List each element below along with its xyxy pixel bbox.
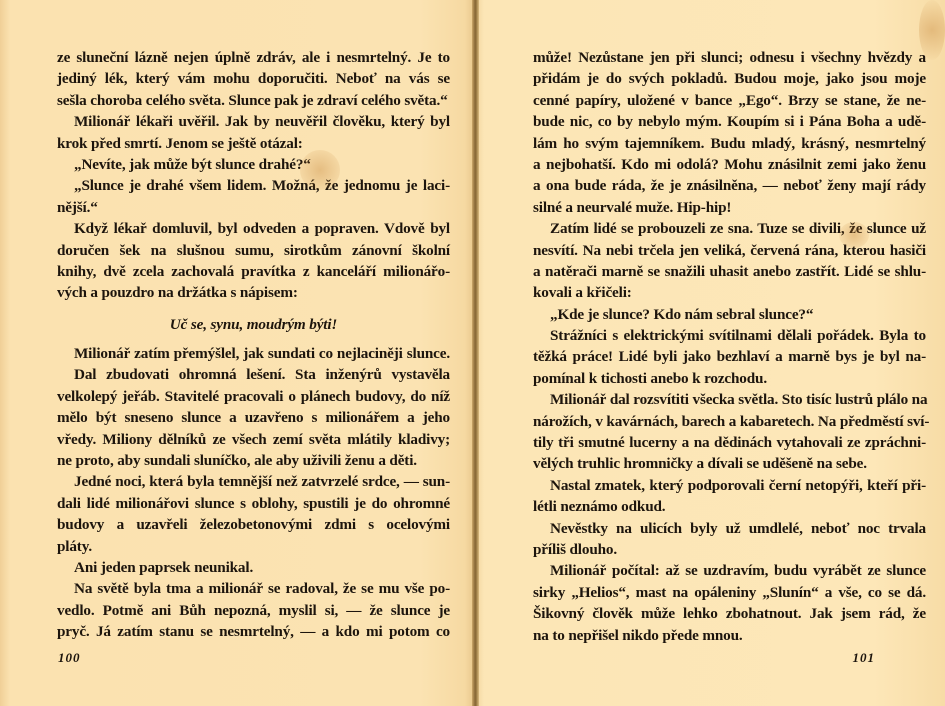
text-line: kovali a křičeli: [533,282,926,303]
text-line: Milionář zatím přemýšlel, jak sundati co… [57,343,450,364]
text-line: a natěrači marně se snažili uhasit anebo… [533,261,926,282]
text-line: tily tři smutné lucerny a na dědinách vy… [533,432,926,453]
text-line: pláty. [57,536,450,557]
text-line: ze sluneční lázně nejen úplně zdráv, ale… [57,47,450,68]
text-line: Ani jeden paprsek neunikal. [57,557,450,578]
text-line: mělo být sneseno slunce a uzavřeno s mil… [57,407,450,428]
text-line: budovy a uzavřeli železobetonovými zdmi … [57,514,450,535]
text-line: a ona bude ráda, že je znásilněna, — neb… [533,175,926,196]
text-line: cenné papíry, uložené v bance „Ego“. Brz… [533,90,926,111]
text-line: a nejbohatší. Kdo mi odolá? Mohu znásiln… [533,154,926,175]
book-spine-gutter [472,0,479,706]
book-spread: ze sluneční lázně nejen úplně zdráv, ale… [0,0,945,706]
text-line: Strážníci s elektrickými svítilnami děla… [533,325,926,346]
text-line: Zatím lidé se probouzeli ze sna. Tuze se… [533,218,926,239]
text-line: Jedné noci, která byla temnější než zatv… [57,471,450,492]
text-line: ne proto, aby sundali sluníčko, ale aby … [57,450,450,471]
text-line: vělých truhlic hromničky a dívali se udě… [533,453,926,474]
text-line: lám ho svým tajemníkem. Budu mladý, krás… [533,133,926,154]
text-line: na to nepřišel nikdo přede mnou. [533,625,926,646]
text-line: Nastal zmatek, který podporovali černí n… [533,475,926,496]
text-line: bude nic, co by nebylo mým. Koupím si i … [533,111,926,132]
left-page: ze sluneční lázně nejen úplně zdráv, ale… [0,0,474,706]
text-line: silné a neurvalé muže. Hip-hip! [533,197,926,218]
text-line: Milionář počítal: až se uzdravím, budu v… [533,560,926,581]
text-line: vých a pouzdro na držátka s nápisem: [57,282,450,303]
text-line: může! Nezůstane jen při slunci; odnesu i… [533,47,926,68]
text-line: nější.“ [57,197,450,218]
left-page-text: ze sluneční lázně nejen úplně zdráv, ale… [57,47,450,643]
text-line: doručen šek na slušnou sumu, sirotkům zá… [57,240,450,261]
right-page: může! Nezůstane jen při slunci; odnesu i… [474,0,945,706]
text-line: krok před smrtí. Jenom se ještě otázal: [57,133,450,154]
text-line: „Slunce je drahé všem lidem. Možná, že j… [57,175,450,196]
text-line: pryč. Já zatím stanu se nesmrtelný, — a … [57,621,450,642]
text-line: nesvítí. Na nebi trčela jen veliká, červ… [533,240,926,261]
text-line: sirky „Helios“, mast na opáleniny „Sluní… [533,582,926,603]
text-line: dali lidé milionářovi slunce s oblohy, s… [57,493,450,514]
text-line: „Kde je slunce? Kdo nám sebral slunce?“ [533,304,926,325]
text-line: příliš dlouho. [533,539,926,560]
text-line: Dal zbudovati ohromná lešení. Sta inžený… [57,364,450,385]
text-line: přidám je do svých pokladů. Budou moje, … [533,68,926,89]
text-line: sešla choroba celého světa. Slunce pak j… [57,90,450,111]
right-page-text: může! Nezůstane jen při slunci; odnesu i… [533,47,926,646]
text-line: pomínal k tichosti anebo k rozchodu. [533,368,926,389]
text-line: vředy. Miliony dělníků ze všech zemí svě… [57,429,450,450]
text-line: jediný lék, který vám mohu doporučiti. N… [57,68,450,89]
text-line: Nevěstky na ulicích byly už umdlelé, neb… [533,518,926,539]
text-line: těžká práce! Lidé byli jako bezhlaví a m… [533,346,926,367]
text-line: Na světě byla tma a milionář se radoval,… [57,578,450,599]
text-line: velkolepý jeřáb. Stavitelé pracovali o p… [57,386,450,407]
text-line: nárožích, v kavárnách, barech a kabarete… [533,411,926,432]
text-line: Milionář dal rozsvítiti všecka světla. S… [533,389,926,410]
text-line: Když lékař domluvil, byl odveden a popra… [57,218,450,239]
epigraph-line: Uč se, synu, moudrým býti! [57,314,450,335]
page-number-left: 100 [58,650,81,666]
text-line: „Nevíte, jak může být slunce drahé?“ [57,154,450,175]
text-line: knihy, dvě zcela zachovalá pravítka z ka… [57,261,450,282]
page-number-right: 101 [853,650,876,666]
text-line: vedlo. Potmě ani Bůh nepozná, myslil si,… [57,600,450,621]
text-line: Šikovný člověk může lehko zbohatnout. Ja… [533,603,926,624]
text-line: Milionář lékaři uvěřil. Jak by neuvěřil … [57,111,450,132]
text-line: létli neznámo odkud. [533,496,926,517]
